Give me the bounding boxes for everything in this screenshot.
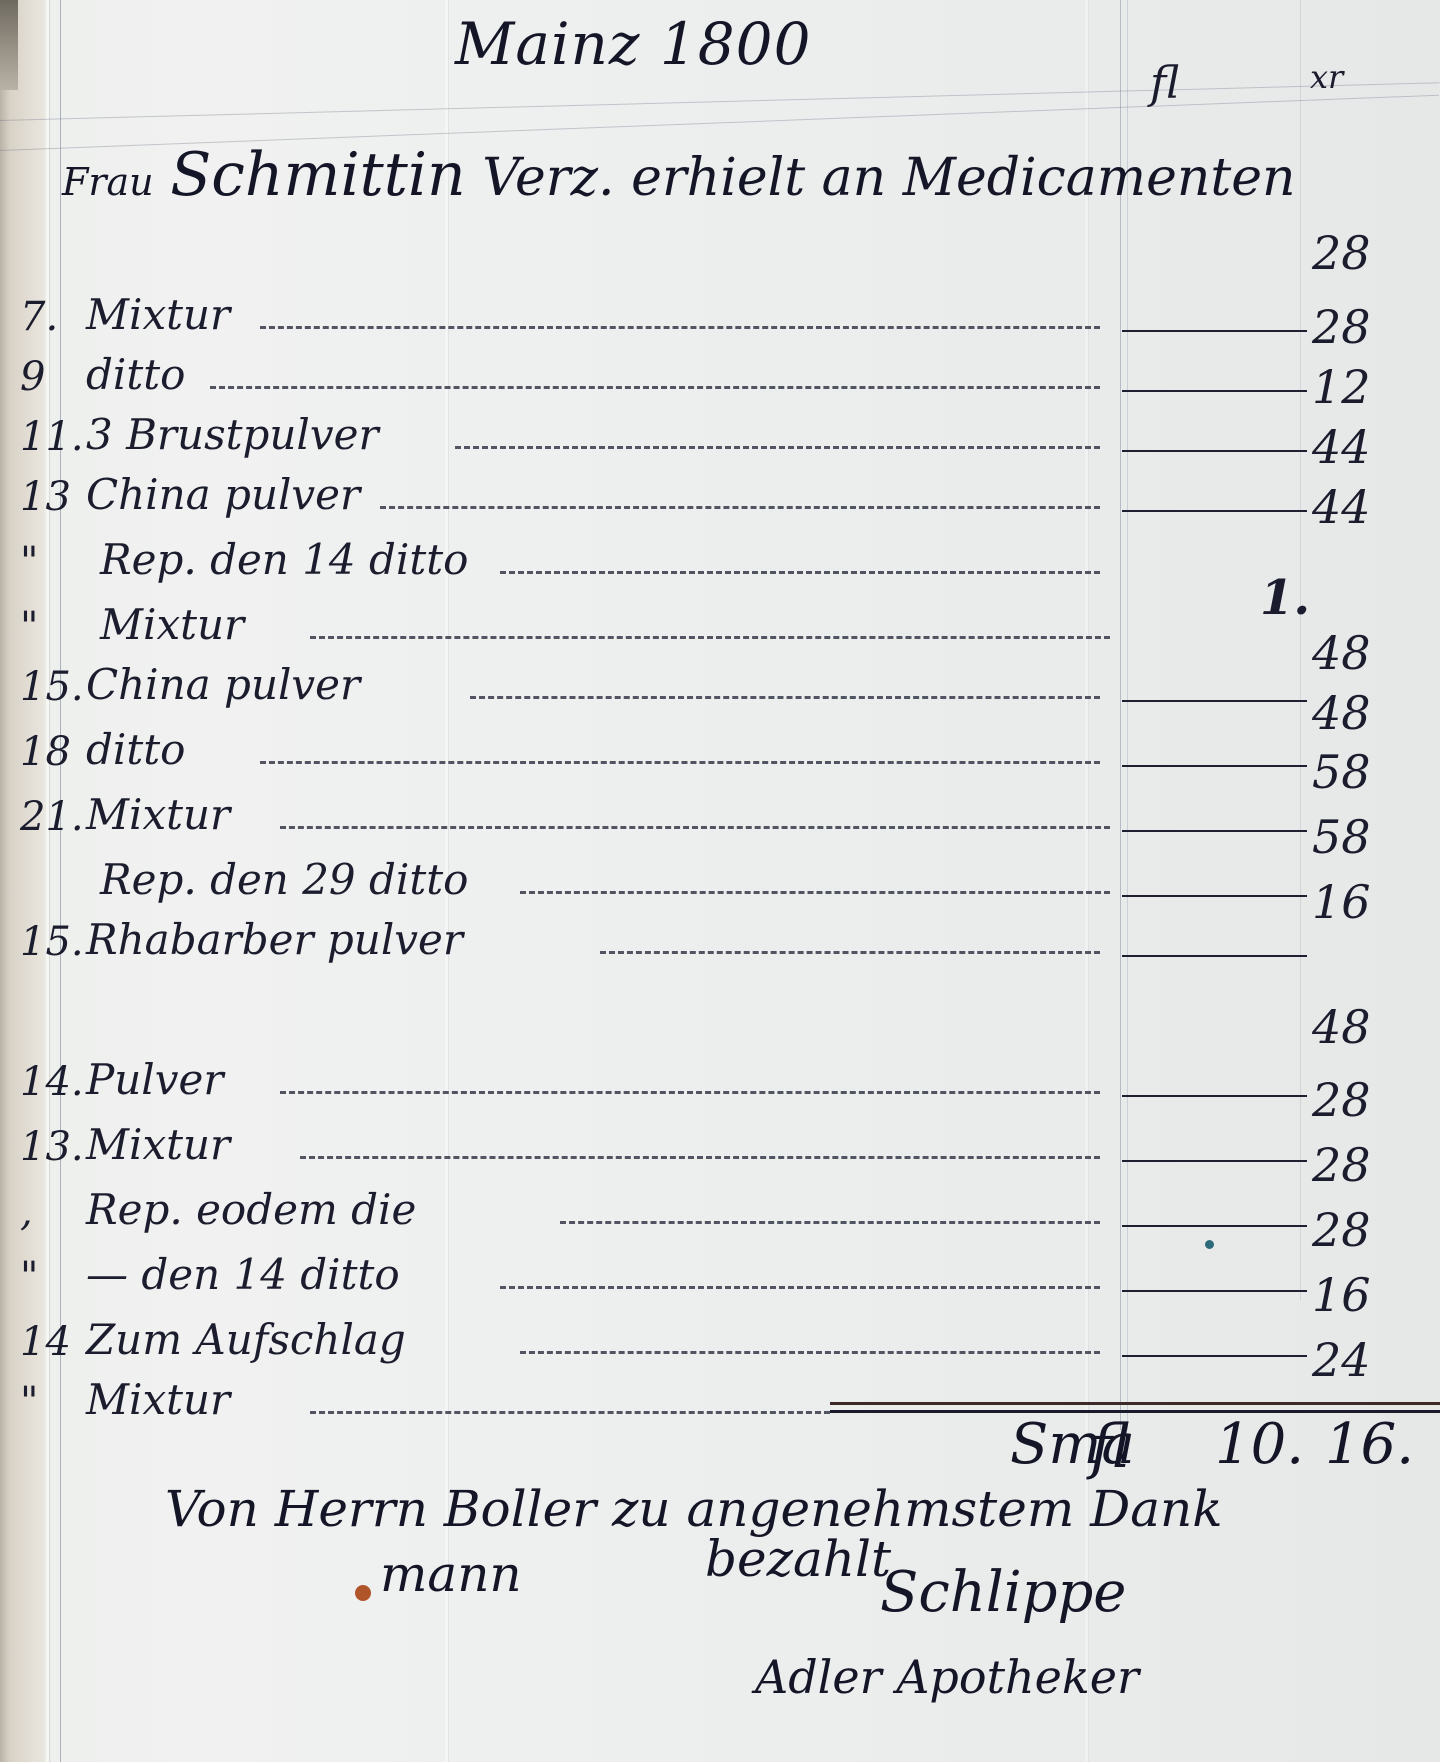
leader-dashes xyxy=(560,1221,1100,1224)
entry-kreuzer: 44 xyxy=(1312,420,1371,474)
ledger-row: 15. Rhabarber pulver xyxy=(0,915,1440,975)
total-florin: 10. xyxy=(1215,1412,1304,1477)
amount-rule xyxy=(1122,830,1307,832)
entry-item: Pulver xyxy=(86,1055,223,1104)
entry-kreuzer: 12 xyxy=(1312,360,1371,414)
ledger-row: " — den 14 ditto 16 xyxy=(0,1250,1440,1310)
amount-rule xyxy=(1122,895,1307,897)
entry-kreuzer: 28 xyxy=(1312,1138,1371,1192)
ink-stain xyxy=(1205,1240,1214,1249)
entry-item: Rhabarber pulver xyxy=(86,915,463,964)
ledger-row: 13. Mixtur 28 xyxy=(0,1120,1440,1180)
entry-date: 13 xyxy=(20,474,82,520)
salutation: Frau xyxy=(62,160,154,204)
ink-stain xyxy=(355,1585,371,1601)
ledger-row: 15. China pulver 48 xyxy=(0,660,1440,720)
leader-dashes xyxy=(520,1351,1100,1354)
amount-rule xyxy=(1122,1160,1307,1162)
entry-item: Mixtur xyxy=(86,790,230,839)
leader-dashes xyxy=(280,826,1110,829)
total-currency: fl xyxy=(1090,1412,1130,1482)
entry-item: China pulver xyxy=(86,660,360,709)
leader-dashes xyxy=(260,761,1100,764)
leader-dashes xyxy=(500,571,1100,574)
entry-item: Zum Aufschlag xyxy=(86,1315,406,1364)
leader-dashes xyxy=(310,1411,830,1414)
leader-dashes xyxy=(470,696,1100,699)
ledger-row: 48 xyxy=(0,990,1440,1050)
entry-date: 21. xyxy=(20,794,82,840)
entry-item: ditto xyxy=(86,350,185,399)
document-page: Mainz 1800 fl xr Frau Schmittin Verz. er… xyxy=(0,0,1440,1762)
heading-text: Verz. erhielt an Medicamenten xyxy=(482,148,1295,208)
ledger-row: " Rep. den 14 ditto 1. xyxy=(0,535,1440,595)
ledger-row: 9 ditto 12 xyxy=(0,350,1440,410)
entry-date: , xyxy=(20,1189,82,1235)
leader-dashes xyxy=(600,951,1100,954)
entry-item: Rep. den 14 ditto xyxy=(100,535,468,584)
amount-rule xyxy=(1122,390,1307,392)
patient-name: Schmittin xyxy=(170,140,466,210)
florin-column-header: fl xyxy=(1150,58,1179,109)
amount-rule xyxy=(1122,450,1307,452)
amount-rule xyxy=(1122,1290,1307,1292)
amount-rule xyxy=(1122,330,1307,332)
entry-kreuzer: 28 xyxy=(1312,1203,1371,1257)
receipt-line: bezahlt xyxy=(705,1530,891,1588)
entry-kreuzer: 16 xyxy=(1312,1268,1371,1322)
entry-date: 14 xyxy=(20,1319,82,1365)
entry-item: Mixtur xyxy=(86,1375,230,1424)
ledger-row: 14. Pulver 28 xyxy=(0,1055,1440,1115)
entry-kreuzer: 28 xyxy=(1312,1073,1371,1127)
leader-dashes xyxy=(455,446,1100,449)
amount-rule xyxy=(1122,1225,1307,1227)
entry-date: 11. xyxy=(20,414,82,460)
entry-date: 15. xyxy=(20,919,82,965)
entry-date: " xyxy=(20,1254,82,1300)
receipt-line: Von Herrn Boller zu angenehmstem Dank xyxy=(165,1480,1223,1538)
ledger-row: , Rep. eodem die 28 xyxy=(0,1185,1440,1245)
kreuzer-column-header: xr xyxy=(1310,58,1343,96)
entry-item: — den 14 ditto xyxy=(86,1250,400,1299)
signature: Schlippe xyxy=(880,1560,1126,1625)
entry-item: 3 Brustpulver xyxy=(86,410,379,459)
ledger-row: 7. Mixtur 28 xyxy=(0,290,1440,350)
amount-rule xyxy=(1122,700,1307,702)
entry-date: 14. xyxy=(20,1059,82,1105)
total-rule xyxy=(830,1402,1440,1405)
entry-kreuzer: 44 xyxy=(1312,480,1371,534)
entry-date: " xyxy=(20,539,82,585)
ledger-row: " Mixtur 48 xyxy=(0,600,1440,660)
bill-heading: Frau Schmittin Verz. erhielt an Medicame… xyxy=(62,140,1296,210)
entry-item: ditto xyxy=(86,725,185,774)
entry-item: Mixtur xyxy=(86,290,230,339)
ledger-row: 13 China pulver 44 xyxy=(0,470,1440,530)
leader-dashes xyxy=(210,386,1100,389)
entry-item: Rep. den 29 ditto xyxy=(100,855,468,904)
place-year-title: Mainz 1800 xyxy=(455,10,811,78)
entry-date: 7. xyxy=(20,294,82,340)
entry-date: 15. xyxy=(20,664,82,710)
entry-item: Rep. eodem die xyxy=(86,1185,416,1234)
ledger-row: 21. Mixtur 58 xyxy=(0,790,1440,850)
leader-dashes xyxy=(310,636,1110,639)
pencil-guideline xyxy=(0,82,1440,121)
ledger-row: 11. 3 Brustpulver 44 xyxy=(0,410,1440,470)
entry-item: China pulver xyxy=(86,470,360,519)
ledger-row: 18 ditto 58 xyxy=(0,725,1440,785)
amount-rule xyxy=(1122,510,1307,512)
entry-kreuzer: 48 xyxy=(1312,1000,1371,1054)
amount-rule xyxy=(1122,1095,1307,1097)
receipt-line: mann xyxy=(380,1545,522,1603)
entry-date: 18 xyxy=(20,729,82,775)
leader-dashes xyxy=(280,1091,1100,1094)
amount-rule xyxy=(1122,955,1307,957)
signer-title: Adler Apotheker xyxy=(755,1650,1139,1704)
entry-item: Mixtur xyxy=(100,600,244,649)
leader-dashes xyxy=(300,1156,1100,1159)
entry-date: 13. xyxy=(20,1124,82,1170)
entry-date: 9 xyxy=(20,354,82,400)
entry-date: " xyxy=(20,1379,82,1425)
leader-dashes xyxy=(520,891,1110,894)
entry-kreuzer: 28 xyxy=(1312,226,1371,280)
ledger-row: Rep. den 29 ditto 16 xyxy=(0,855,1440,915)
total-kreuzer: 16. xyxy=(1325,1412,1414,1477)
leader-dashes xyxy=(380,506,1100,509)
amount-rule xyxy=(1122,765,1307,767)
entry-kreuzer: 28 xyxy=(1312,300,1371,354)
entry-item: Mixtur xyxy=(86,1120,230,1169)
amount-rule xyxy=(1122,1355,1307,1357)
leader-dashes xyxy=(260,326,1100,329)
binding-shadow xyxy=(0,0,18,90)
ledger-row: 14 Zum Aufschlag 24 xyxy=(0,1315,1440,1375)
leader-dashes xyxy=(500,1286,1100,1289)
entry-date: " xyxy=(20,604,82,650)
